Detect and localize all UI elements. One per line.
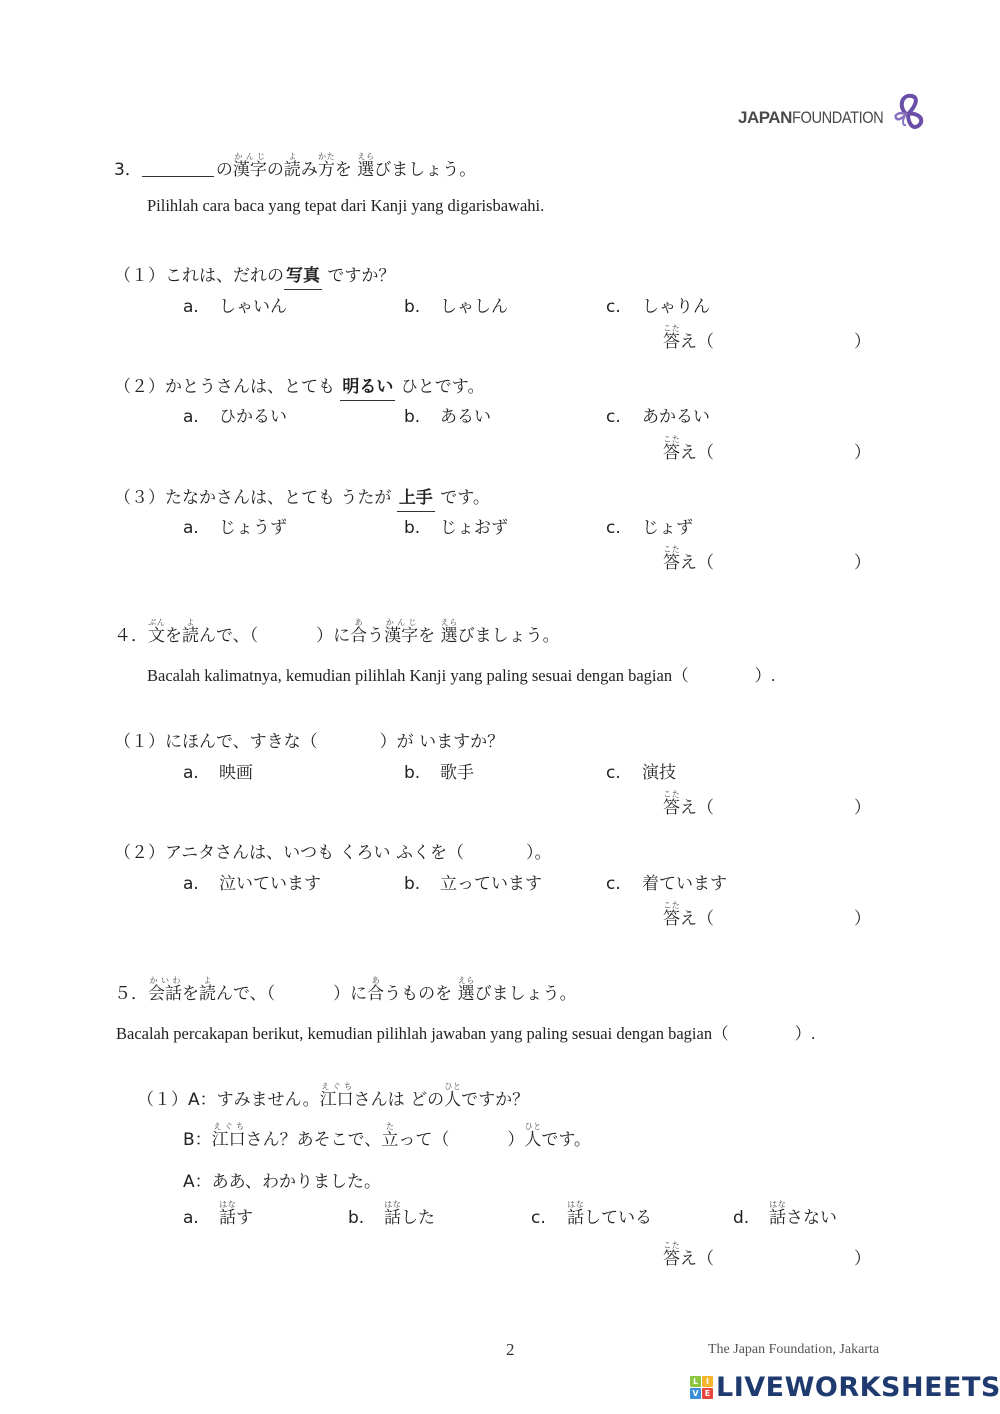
dialogue-line-1: （１）A：すみません。江口えぐちさんは どの人ひとですか？: [137, 1082, 529, 1110]
option-text: している: [584, 1208, 652, 1228]
option-letter: c.: [606, 518, 642, 538]
option-c[interactable]: c.あかるい: [606, 402, 710, 427]
title-text: を: [335, 160, 357, 180]
instruction-text: Bacalah percakapan berikut, kemudian pil…: [116, 1024, 712, 1043]
answer-field[interactable]: 答こたえ（）: [663, 435, 871, 463]
title-text: びましょう。: [374, 160, 476, 180]
title-text: の: [216, 160, 233, 180]
title-text: み: [301, 160, 318, 180]
question-text: ですか？: [322, 266, 395, 286]
ruby-bun: 文ぶん: [148, 626, 165, 646]
option-letter: a.: [183, 763, 219, 783]
underlined-kanji: 上手: [397, 488, 435, 512]
question-number: （１）: [137, 1090, 188, 1110]
ruby-kanji: 漢字かんじ: [384, 626, 418, 646]
title-text: の: [267, 160, 284, 180]
tile-i: I: [702, 1376, 713, 1387]
question-text: これは、だれの: [165, 266, 284, 286]
ruby-yomi: 読よ: [284, 160, 301, 180]
answer-label: 答こた: [663, 798, 680, 818]
option-text: 着ています: [642, 874, 727, 894]
butterfly-icon: [892, 92, 926, 132]
dialogue-text: すみません。: [217, 1090, 320, 1110]
question-text: です。: [435, 488, 490, 508]
section-5-instruction: Bacalah percakapan berikut, kemudian pil…: [116, 1020, 815, 1044]
option-letter: a.: [183, 1208, 219, 1228]
option-letter: b.: [404, 763, 440, 783]
tile-l: L: [690, 1376, 701, 1387]
option-text: 映画: [219, 763, 253, 783]
ruby-ta: 立た: [381, 1130, 398, 1150]
option-b[interactable]: b.歌手: [404, 758, 474, 783]
speaker: A：: [188, 1090, 217, 1110]
option-letter: b.: [404, 407, 440, 427]
dialogue-line-2: B：江口えぐちさん？あそこで、立たって（）人ひとです。: [183, 1122, 591, 1150]
speaker: B：: [183, 1130, 212, 1150]
section-5-title: ５．会話かいわを読よんで、（）に合あうものを 選えらびましょう。: [114, 976, 577, 1004]
question-text: ）が いますか？: [380, 732, 504, 752]
answer-label: 答こた: [663, 909, 680, 929]
title-text: ）に: [333, 984, 367, 1004]
paren-close: ）.: [755, 666, 776, 685]
ruby-kaiwa: 会話かいわ: [148, 984, 182, 1004]
paren-close: ）.: [795, 1024, 816, 1043]
ruby-hito: 人ひと: [524, 1130, 541, 1150]
option-letter: c.: [531, 1208, 567, 1228]
option-b[interactable]: b.しゃしん: [404, 292, 508, 317]
option-text: あかるい: [642, 407, 710, 427]
answer-open: え（: [680, 1249, 714, 1269]
title-text: を: [418, 626, 440, 646]
footer-organization: The Japan Foundation, Jakarta: [708, 1342, 879, 1358]
option-letter: a.: [183, 518, 219, 538]
option-text: 演技: [642, 763, 676, 783]
answer-close: ）: [854, 553, 871, 573]
question-text: アニタさんは、いつも くろい ふくを（: [165, 843, 464, 863]
option-text: す: [236, 1208, 253, 1228]
option-c[interactable]: c.演技: [606, 758, 676, 783]
option-text: じょず: [642, 518, 693, 538]
answer-open: え（: [680, 553, 714, 573]
option-a[interactable]: a.ひかるい: [183, 402, 287, 427]
option-text: あるい: [440, 407, 491, 427]
ruby-hito: 人ひと: [444, 1090, 461, 1110]
question-text: にほんで、すきな（: [165, 732, 318, 752]
page-number: 2: [506, 1340, 515, 1360]
tile-e: E: [702, 1388, 713, 1399]
option-letter: b.: [404, 297, 440, 317]
question-3-1: （１）これは、だれの写真 ですか？: [114, 261, 395, 286]
title-text: を: [182, 984, 199, 1004]
option-b[interactable]: b.立っています: [404, 869, 542, 894]
ruby-eguchi: 江口えぐち: [320, 1090, 354, 1110]
title-text: びましょう。: [458, 626, 560, 646]
answer-open: え（: [680, 332, 714, 352]
section-number: ４．: [114, 626, 148, 646]
ruby-era: 選えら: [357, 160, 374, 180]
question-4-2: （２）アニタさんは、いつも くろい ふくを（）。: [114, 838, 551, 863]
answer-field[interactable]: 答こたえ（）: [663, 790, 871, 818]
title-text: んで、（: [216, 984, 275, 1004]
option-letter: c.: [606, 407, 642, 427]
answer-open: え（: [680, 798, 714, 818]
question-number: （２）: [114, 377, 165, 397]
option-letter: c.: [606, 874, 642, 894]
underlined-kanji: 写真: [284, 266, 322, 290]
title-text: んで、（: [199, 626, 258, 646]
option-c[interactable]: c.じょず: [606, 513, 693, 538]
option-text: しゃしん: [440, 297, 508, 317]
logo-bold-text: JAPAN: [738, 108, 792, 128]
dialogue-text: ですか？: [461, 1090, 529, 1110]
option-ruby: 話はな: [384, 1208, 401, 1228]
ruby-era: 選えら: [441, 626, 458, 646]
underline-blank: [142, 160, 214, 177]
option-letter: b.: [348, 1208, 384, 1228]
question-4-1: （１）にほんで、すきな（）が いますか？: [114, 727, 504, 752]
answer-label: 答こた: [663, 1249, 680, 1269]
option-letter: a.: [183, 407, 219, 427]
question-number: （３）: [114, 488, 165, 508]
question-3-3: （３）たなかさんは、とても うたが 上手 です。: [114, 483, 490, 508]
option-c[interactable]: c.着ています: [606, 869, 727, 894]
liveworksheets-logo: L I V E LIVEWORKSHEETS: [690, 1372, 1000, 1403]
title-text: を: [165, 626, 182, 646]
section-number: 3．: [114, 160, 142, 180]
option-a[interactable]: a.泣いています: [183, 869, 321, 894]
option-text: じょうず: [219, 518, 287, 538]
option-a[interactable]: a.話はなす: [183, 1200, 253, 1228]
ruby-yomi: 読よ: [182, 626, 199, 646]
section-3-title: 3．の漢字かんじの読よみ方かたを 選えらびましょう。: [114, 152, 476, 180]
option-letter: a.: [183, 297, 219, 317]
speaker: A：: [183, 1172, 212, 1192]
option-letter: a.: [183, 874, 219, 894]
option-text: さない: [786, 1208, 837, 1228]
answer-close: ）: [854, 1249, 871, 1269]
answer-close: ）: [854, 332, 871, 352]
title-text: う: [367, 626, 384, 646]
title-text: ）に: [316, 626, 350, 646]
paren-open: （: [712, 1024, 729, 1043]
answer-field[interactable]: 答こたえ（）: [663, 1241, 871, 1269]
section-number: ５．: [114, 984, 148, 1004]
title-text: うものを: [384, 984, 457, 1004]
dialogue-text: ああ、わかりました。: [212, 1172, 381, 1192]
ruby-a: 合あ: [367, 984, 384, 1004]
ruby-yomi: 読よ: [199, 984, 216, 1004]
title-text: びましょう。: [475, 984, 577, 1004]
option-text: 立っています: [440, 874, 542, 894]
question-text: たなかさんは、とても うたが: [165, 488, 397, 508]
ruby-a: 合あ: [350, 626, 367, 646]
option-a[interactable]: a.しゃいん: [183, 292, 287, 317]
option-text: 泣いています: [219, 874, 321, 894]
answer-field[interactable]: 答こたえ（）: [663, 901, 871, 929]
answer-close: ）: [854, 798, 871, 818]
dialogue-text: って（: [398, 1130, 449, 1150]
answer-field[interactable]: 答こたえ（）: [663, 545, 871, 573]
option-letter: c.: [606, 297, 642, 317]
live-tiles-icon: L I V E: [690, 1376, 713, 1399]
option-letter: c.: [606, 763, 642, 783]
dialogue-text: です。: [541, 1130, 591, 1150]
answer-close: ）: [854, 909, 871, 929]
answer-open: え（: [680, 909, 714, 929]
answer-label: 答こた: [663, 332, 680, 352]
option-b[interactable]: b.あるい: [404, 402, 491, 427]
option-d[interactable]: d.話はなさない: [733, 1200, 837, 1228]
question-number: （１）: [114, 732, 165, 752]
ruby-kata: 方かた: [318, 160, 335, 180]
ruby-eguchi: 江口えぐち: [212, 1130, 246, 1150]
option-a[interactable]: a.じょうず: [183, 513, 287, 538]
option-text: 歌手: [440, 763, 474, 783]
underlined-kanji: 明るい: [340, 377, 395, 401]
answer-label: 答こた: [663, 553, 680, 573]
option-letter: b.: [404, 518, 440, 538]
option-text: じょおず: [440, 518, 508, 538]
ruby-kanji: 漢字かんじ: [233, 160, 267, 180]
dialogue-text: ）: [507, 1130, 524, 1150]
option-text: しゃいん: [219, 297, 287, 317]
section-4-title: ４．文ぶんを読よんで、（）に合あう漢字かんじを 選えらびましょう。: [114, 618, 560, 646]
answer-close: ）: [854, 443, 871, 463]
logo-light-text: FOUNDATION: [792, 108, 883, 128]
option-b[interactable]: b.じょおず: [404, 513, 508, 538]
answer-open: え（: [680, 443, 714, 463]
section-3-instruction: Pilihlah cara baca yang tepat dari Kanji…: [147, 196, 544, 216]
question-number: （２）: [114, 843, 165, 863]
option-ruby: 話はな: [769, 1208, 786, 1228]
ruby-era: 選えら: [458, 984, 475, 1004]
option-a[interactable]: a.映画: [183, 758, 253, 783]
dialogue-text: さんは どの: [354, 1090, 444, 1110]
instruction-text: Bacalah kalimatnya, kemudian pilihlah Ka…: [147, 666, 672, 685]
option-c[interactable]: c.話はなしている: [531, 1200, 652, 1228]
option-c[interactable]: c.しゃりん: [606, 292, 710, 317]
tile-v: V: [690, 1388, 701, 1399]
option-b[interactable]: b.話はなした: [348, 1200, 435, 1228]
dialogue-line-3: A：ああ、わかりました。: [183, 1167, 381, 1192]
brand-text: LIVEWORKSHEETS: [716, 1372, 1000, 1403]
question-text: ひとです。: [395, 377, 484, 397]
option-ruby: 話はな: [567, 1208, 584, 1228]
answer-field[interactable]: 答こたえ（）: [663, 324, 871, 352]
dialogue-text: さん？あそこで、: [246, 1130, 382, 1150]
option-letter: b.: [404, 874, 440, 894]
option-letter: d.: [733, 1208, 769, 1228]
question-text: ）。: [526, 843, 552, 863]
section-4-instruction: Bacalah kalimatnya, kemudian pilihlah Ka…: [147, 662, 775, 686]
option-text: しゃりん: [642, 297, 710, 317]
japan-foundation-logo: JAPANFOUNDATION: [738, 104, 926, 132]
option-text: した: [401, 1208, 435, 1228]
question-text: かとうさんは、とても: [165, 377, 340, 397]
question-3-2: （２）かとうさんは、とても 明るい ひとです。: [114, 372, 484, 397]
paren-open: （: [672, 666, 689, 685]
option-ruby: 話はな: [219, 1208, 236, 1228]
option-text: ひかるい: [219, 407, 287, 427]
question-number: （１）: [114, 266, 165, 286]
answer-label: 答こた: [663, 443, 680, 463]
